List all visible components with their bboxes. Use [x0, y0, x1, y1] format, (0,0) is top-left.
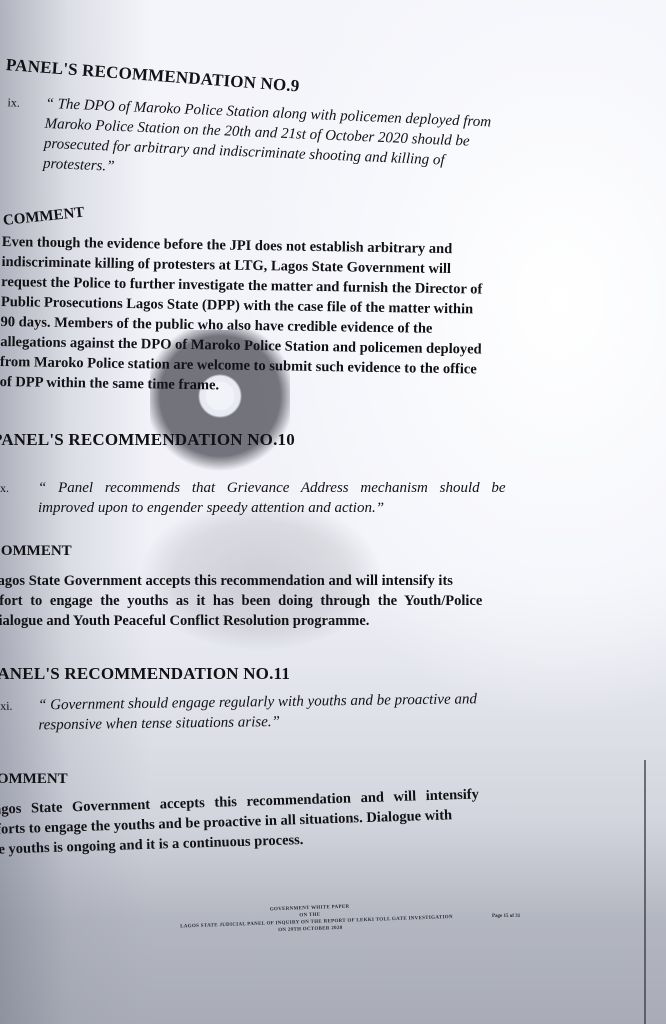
document-page: PANEL'S RECOMMENDATION NO.9 ix. “ The DP…: [0, 0, 666, 1024]
comment-11-body: Lagos State Government accepts this reco…: [0, 782, 546, 860]
recommendation-number: xi.: [0, 696, 13, 716]
section-heading: PANEL'S RECOMMENDATION NO.10: [0, 430, 295, 449]
recommendation-number: x.: [0, 478, 9, 498]
section-recommendation-10-heading: PANEL'S RECOMMENDATION NO.10: [0, 430, 552, 450]
comment-10-body: Lagos State Government accepts this reco…: [0, 571, 548, 631]
comment-heading: COMMENT: [0, 543, 72, 559]
page-footer: GOVERNMENT WHITE PAPER ON THE LAGOS STAT…: [180, 900, 441, 937]
comment-heading: COMMENT: [2, 205, 85, 229]
section-recommendation-11-heading: PANEL'S RECOMMENDATION NO.11: [0, 664, 548, 684]
comment-line: effort to engage the youths as it has be…: [0, 591, 548, 611]
recommendation-quote: x. “ Panel recommends that Grievance Add…: [0, 478, 534, 518]
recommendation-number: ix.: [7, 92, 20, 112]
comment-line: Dialogue and Youth Peaceful Conflict Res…: [0, 611, 548, 631]
comment-line: Lagos State Government accepts this reco…: [0, 571, 548, 591]
quote-line: “ Panel recommends that Grievance Addres…: [38, 478, 534, 498]
section-heading: PANEL'S RECOMMENDATION NO.11: [0, 664, 290, 683]
comment-10-heading: COMMENT: [0, 542, 550, 560]
comment-heading: COMMENT: [0, 771, 68, 787]
quote-line: improved upon to engender speedy attenti…: [38, 498, 534, 518]
recommendation-quote: xi. “ Government should engage regularly…: [0, 688, 535, 736]
section-heading: PANEL'S RECOMMENDATION NO.9: [5, 55, 300, 96]
recommendation-10: x. “ Panel recommends that Grievance Add…: [0, 478, 534, 518]
recommendation-11: xi. “ Government should engage regularly…: [0, 688, 535, 736]
page-number: Page 15 of 31: [492, 914, 520, 919]
comment-9-body: Even though the evidence before the JPI …: [0, 232, 562, 401]
